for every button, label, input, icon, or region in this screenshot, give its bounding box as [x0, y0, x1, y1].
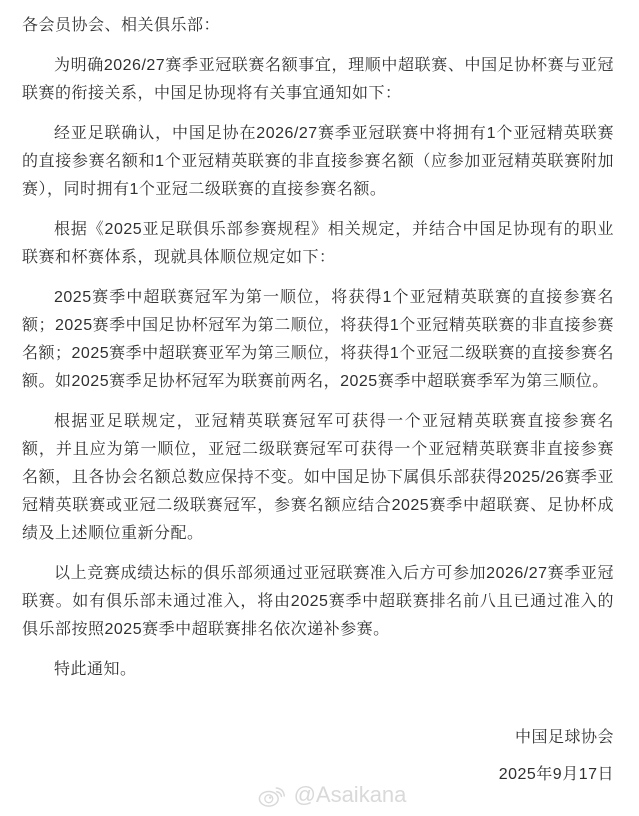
notice-body: 各会员协会、相关俱乐部： 为明确2026/27赛季亚冠联赛名额事宜，理顺中超联赛… [0, 0, 639, 789]
paragraph-champion-slots: 根据亚足联规定，亚冠精英联赛冠军可获得一个亚冠精英联赛直接参赛名额，并且应为第一… [22, 408, 614, 548]
paragraph-afc-confirmation: 经亚足联确认，中国足协在2026/27赛季亚冠联赛中将拥有1个亚冠精英联赛的直接… [22, 120, 614, 204]
paragraph-priority-order: 2025赛季中超联赛冠军为第一顺位，将获得1个亚冠精英联赛的直接参赛名额；202… [22, 284, 614, 396]
salutation: 各会员协会、相关俱乐部： [22, 12, 614, 40]
weibo-icon [257, 780, 287, 810]
watermark-handle: @Asaikana [294, 782, 407, 808]
issuer-name: 中国足球协会 [22, 724, 614, 752]
paragraph-closing: 特此通知。 [22, 656, 614, 684]
paragraph-licensing-requirement: 以上竞赛成绩达标的俱乐部须通过亚冠联赛准入后方可参加2026/27赛季亚冠联赛。… [22, 560, 614, 644]
paragraph-intro: 为明确2026/27赛季亚冠联赛名额事宜，理顺中超联赛、中国足协杯赛与亚冠联赛的… [22, 52, 614, 108]
notice-document: 各会员协会、相关俱乐部： 为明确2026/27赛季亚冠联赛名额事宜，理顺中超联赛… [0, 0, 639, 816]
watermark: @Asaikana [257, 780, 407, 810]
paragraph-regulation-basis: 根据《2025亚足联俱乐部参赛规程》相关规定，并结合中国足协现有的职业联赛和杯赛… [22, 216, 614, 272]
